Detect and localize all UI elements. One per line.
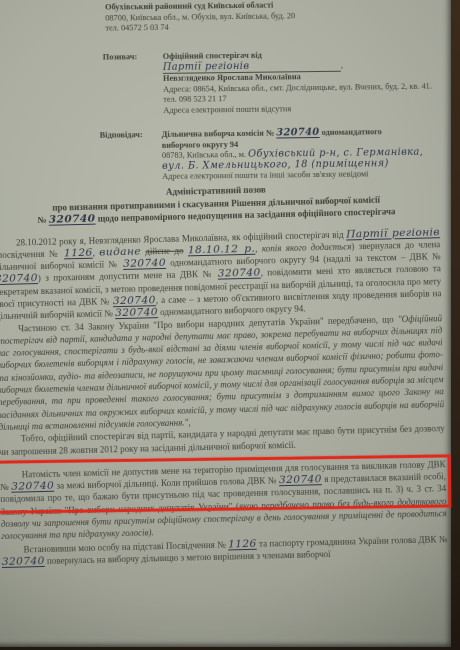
paragraph-law-quote: Частиною ст. 34 Закону України "Про вибо… — [0, 312, 445, 434]
plaintiff-content: Офіційний спостерігач від Партії регіоні… — [163, 48, 452, 116]
plaintiff-email-note: Адреса електронної пошти відсутня — [163, 102, 451, 116]
comma: , — [341, 60, 343, 69]
defendant-content: Дільнична виборча комісія № 320740 одном… — [162, 126, 455, 183]
handwritten-text: 320740 — [2, 554, 45, 568]
handwritten-text: 1126 — [64, 245, 93, 259]
photo-frame: Обухівський районний суд Київської облас… — [0, 0, 460, 650]
lawsuit-title: Адміністративний позов про визнання прот… — [0, 179, 440, 227]
handwritten-text: 18.10.12 р. — [188, 242, 256, 257]
handwritten-text: 320740 — [279, 472, 322, 486]
handwritten-text: 320740 — [123, 256, 166, 270]
handwritten-text: 1126 — [228, 536, 257, 550]
handwritten-text: 320740 — [218, 266, 261, 280]
handwritten-text: 320740 — [11, 479, 54, 493]
paragraph-violation: Натомість член комісії не допустив мене … — [0, 458, 447, 543]
handwritten-party-name: Партії регіонів — [163, 60, 250, 72]
printed-text: дійсне до — [145, 245, 183, 256]
printed-text: копія якого додається — [262, 241, 352, 253]
printed-text: 08783, Київська обл., м. — [162, 150, 248, 160]
printed-text: одномандатного — [320, 127, 382, 137]
court-header: Обухівський районний суд Київської облас… — [105, 0, 445, 34]
printed-text: № — [37, 215, 49, 225]
handwritten-text: Партії регіонів — [346, 225, 440, 240]
paragraph-intro: 28.10.2012 року я, Невзгляденко Ярослава… — [0, 226, 442, 323]
highlighted-paragraph-wrapper: Натомість член комісії не допустив мене … — [0, 458, 447, 543]
handwritten-text: 320740 — [0, 271, 38, 285]
printed-text: (посвідчення № — [0, 248, 64, 260]
handwritten-text: 320740 — [115, 305, 158, 319]
handwritten-text: 320740 — [276, 127, 319, 139]
handwritten-text: 320740 — [49, 212, 96, 226]
document-paper: Обухівський районний суд Київської облас… — [0, 0, 451, 647]
printed-text: Дільнична виборча комісія № — [162, 129, 277, 139]
plaintiff-label: Позивач: — [103, 52, 138, 63]
defendant-label: Відповідач: — [100, 130, 143, 141]
printed-text: та паспорту громадянина України голова Д… — [257, 534, 448, 549]
document-body-zone: Адміністративний позов про визнання прот… — [0, 179, 448, 568]
